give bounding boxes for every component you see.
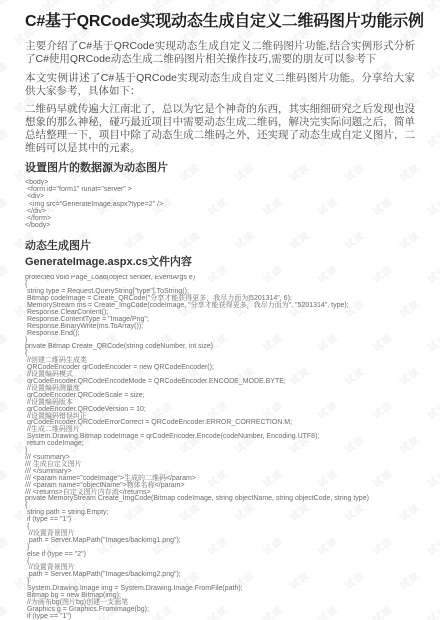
article-body-paragraph: 二维码早就传遍大江南北了，总以为它是个神奇的东西，其实细细研究之后发现也没想象的… [25,103,415,155]
article-intro: 本文实例讲述了C#基于QRCode实现动态生成自定义二维码图片功能。分享给大家供… [25,72,415,98]
code-block-html: <body> <form id="form1" runat="server" >… [25,179,415,229]
page-title: C#基于QRCode实现动态生成自定义二维码图片功能示例 [25,12,415,32]
article-content: C#基于QRCode实现动态生成自定义二维码图片功能示例 主要介绍了C#基于QR… [0,0,440,620]
section-heading-datasource: 设置图片的数据源为动态图片 [25,162,415,175]
section-heading-generate: 动态生成图片 [25,240,415,253]
code-block-csharp: protected void Page_Load(object sender, … [25,275,415,620]
section-subheading-filename: GenerateImage.aspx.cs文件内容 [25,256,415,269]
article-summary: 主要介绍了C#基于QRCode实现动态生成自定义二维码图片功能,结合实例形式分析… [25,40,415,66]
article-page: C#基于QRCode实现动态生成自定义二维码图片功能示例 主要介绍了C#基于QR… [0,0,440,620]
